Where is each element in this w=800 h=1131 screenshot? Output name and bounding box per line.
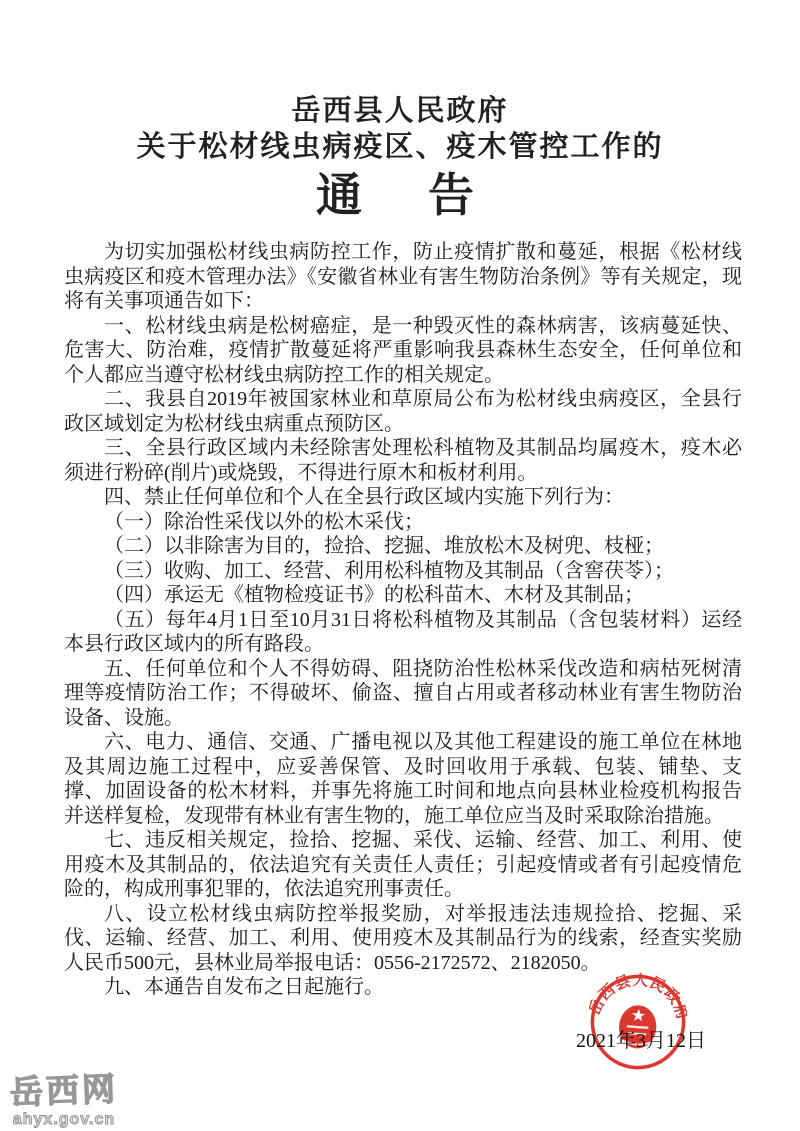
watermark-logo-text: 岳西网 — [9, 1070, 118, 1112]
body-paragraph: 三、全县行政区域内未经除害处理松科植物及其制品均属疫木，疫木必须进行粉碎(削片)… — [64, 436, 742, 485]
body-paragraph: 为切实加强松材线虫病防控工作，防止疫情扩散和蔓延，根据《松材线虫病疫区和疫木管理… — [64, 240, 742, 314]
issuing-authority-title: 岳西县人民政府 — [0, 94, 800, 128]
site-watermark: 岳西网 ahyx.gov.cn — [10, 1072, 118, 1128]
body-paragraph: 八、设立松材线虫病防控举报奖励，对举报违法违规捡拾、挖掘、采伐、运输、经营、加工… — [64, 902, 742, 976]
body-paragraph: 四、禁止任何单位和个人在全县行政区域内实施下列行为： — [64, 485, 742, 510]
notice-document-page: 岳西县人民政府 关于松材线虫病疫区、疫木管控工作的 通 告 为切实加强松材线虫病… — [0, 0, 800, 1131]
watermark-url-text: ahyx.gov.cn — [10, 1112, 118, 1128]
body-paragraph: 二、我县自2019年被国家林业和草原局公布为松材线虫病疫区，全县行政区域划定为松… — [64, 387, 742, 436]
body-paragraph: （一）除治性采伐以外的松木采伐； — [64, 510, 742, 535]
body-paragraph: （五）每年4月1日至10月31日将松科植物及其制品（含包装材料）运经本县行政区域… — [64, 608, 742, 657]
body-paragraph: （二）以非除害为目的，捡拾、挖掘、堆放松木及树兜、枝桠； — [64, 534, 742, 559]
body-paragraph: （四）承运无《植物检疫证书》的松科苗木、木材及其制品； — [64, 583, 742, 608]
document-subject-title: 关于松材线虫病疫区、疫木管控工作的 — [0, 128, 800, 167]
document-type-title: 通 告 — [0, 169, 800, 221]
document-body: 为切实加强松材线虫病防控工作，防止疫情扩散和蔓延，根据《松材线虫病疫区和疫木管理… — [64, 240, 742, 1000]
official-seal: 岳西县人民政府 — [589, 973, 687, 1071]
body-paragraph: 五、任何单位和个人不得妨碍、阻挠防治性松林采伐改造和病枯死树清理等疫情防治工作；… — [64, 657, 742, 731]
issue-date: 2021年3月12日 — [576, 1024, 706, 1053]
document-header: 岳西县人民政府 关于松材线虫病疫区、疫木管控工作的 通 告 — [0, 0, 800, 221]
body-paragraph: 一、松材线虫病是松树癌症，是一种毁灭性的森林病害，该病蔓延快、危害大、防治难，疫… — [64, 314, 742, 388]
body-paragraph: 六、电力、通信、交通、广播电视以及其他工程建设的施工单位在林地及其周边施工过程中… — [64, 730, 742, 828]
body-paragraph: （三）收购、加工、经营、利用松科植物及其制品（含窖茯苓）； — [64, 559, 742, 584]
body-paragraph: 七、违反相关规定，捡拾、挖掘、采伐、运输、经营、加工、利用、使用疫木及其制品的，… — [64, 828, 742, 902]
